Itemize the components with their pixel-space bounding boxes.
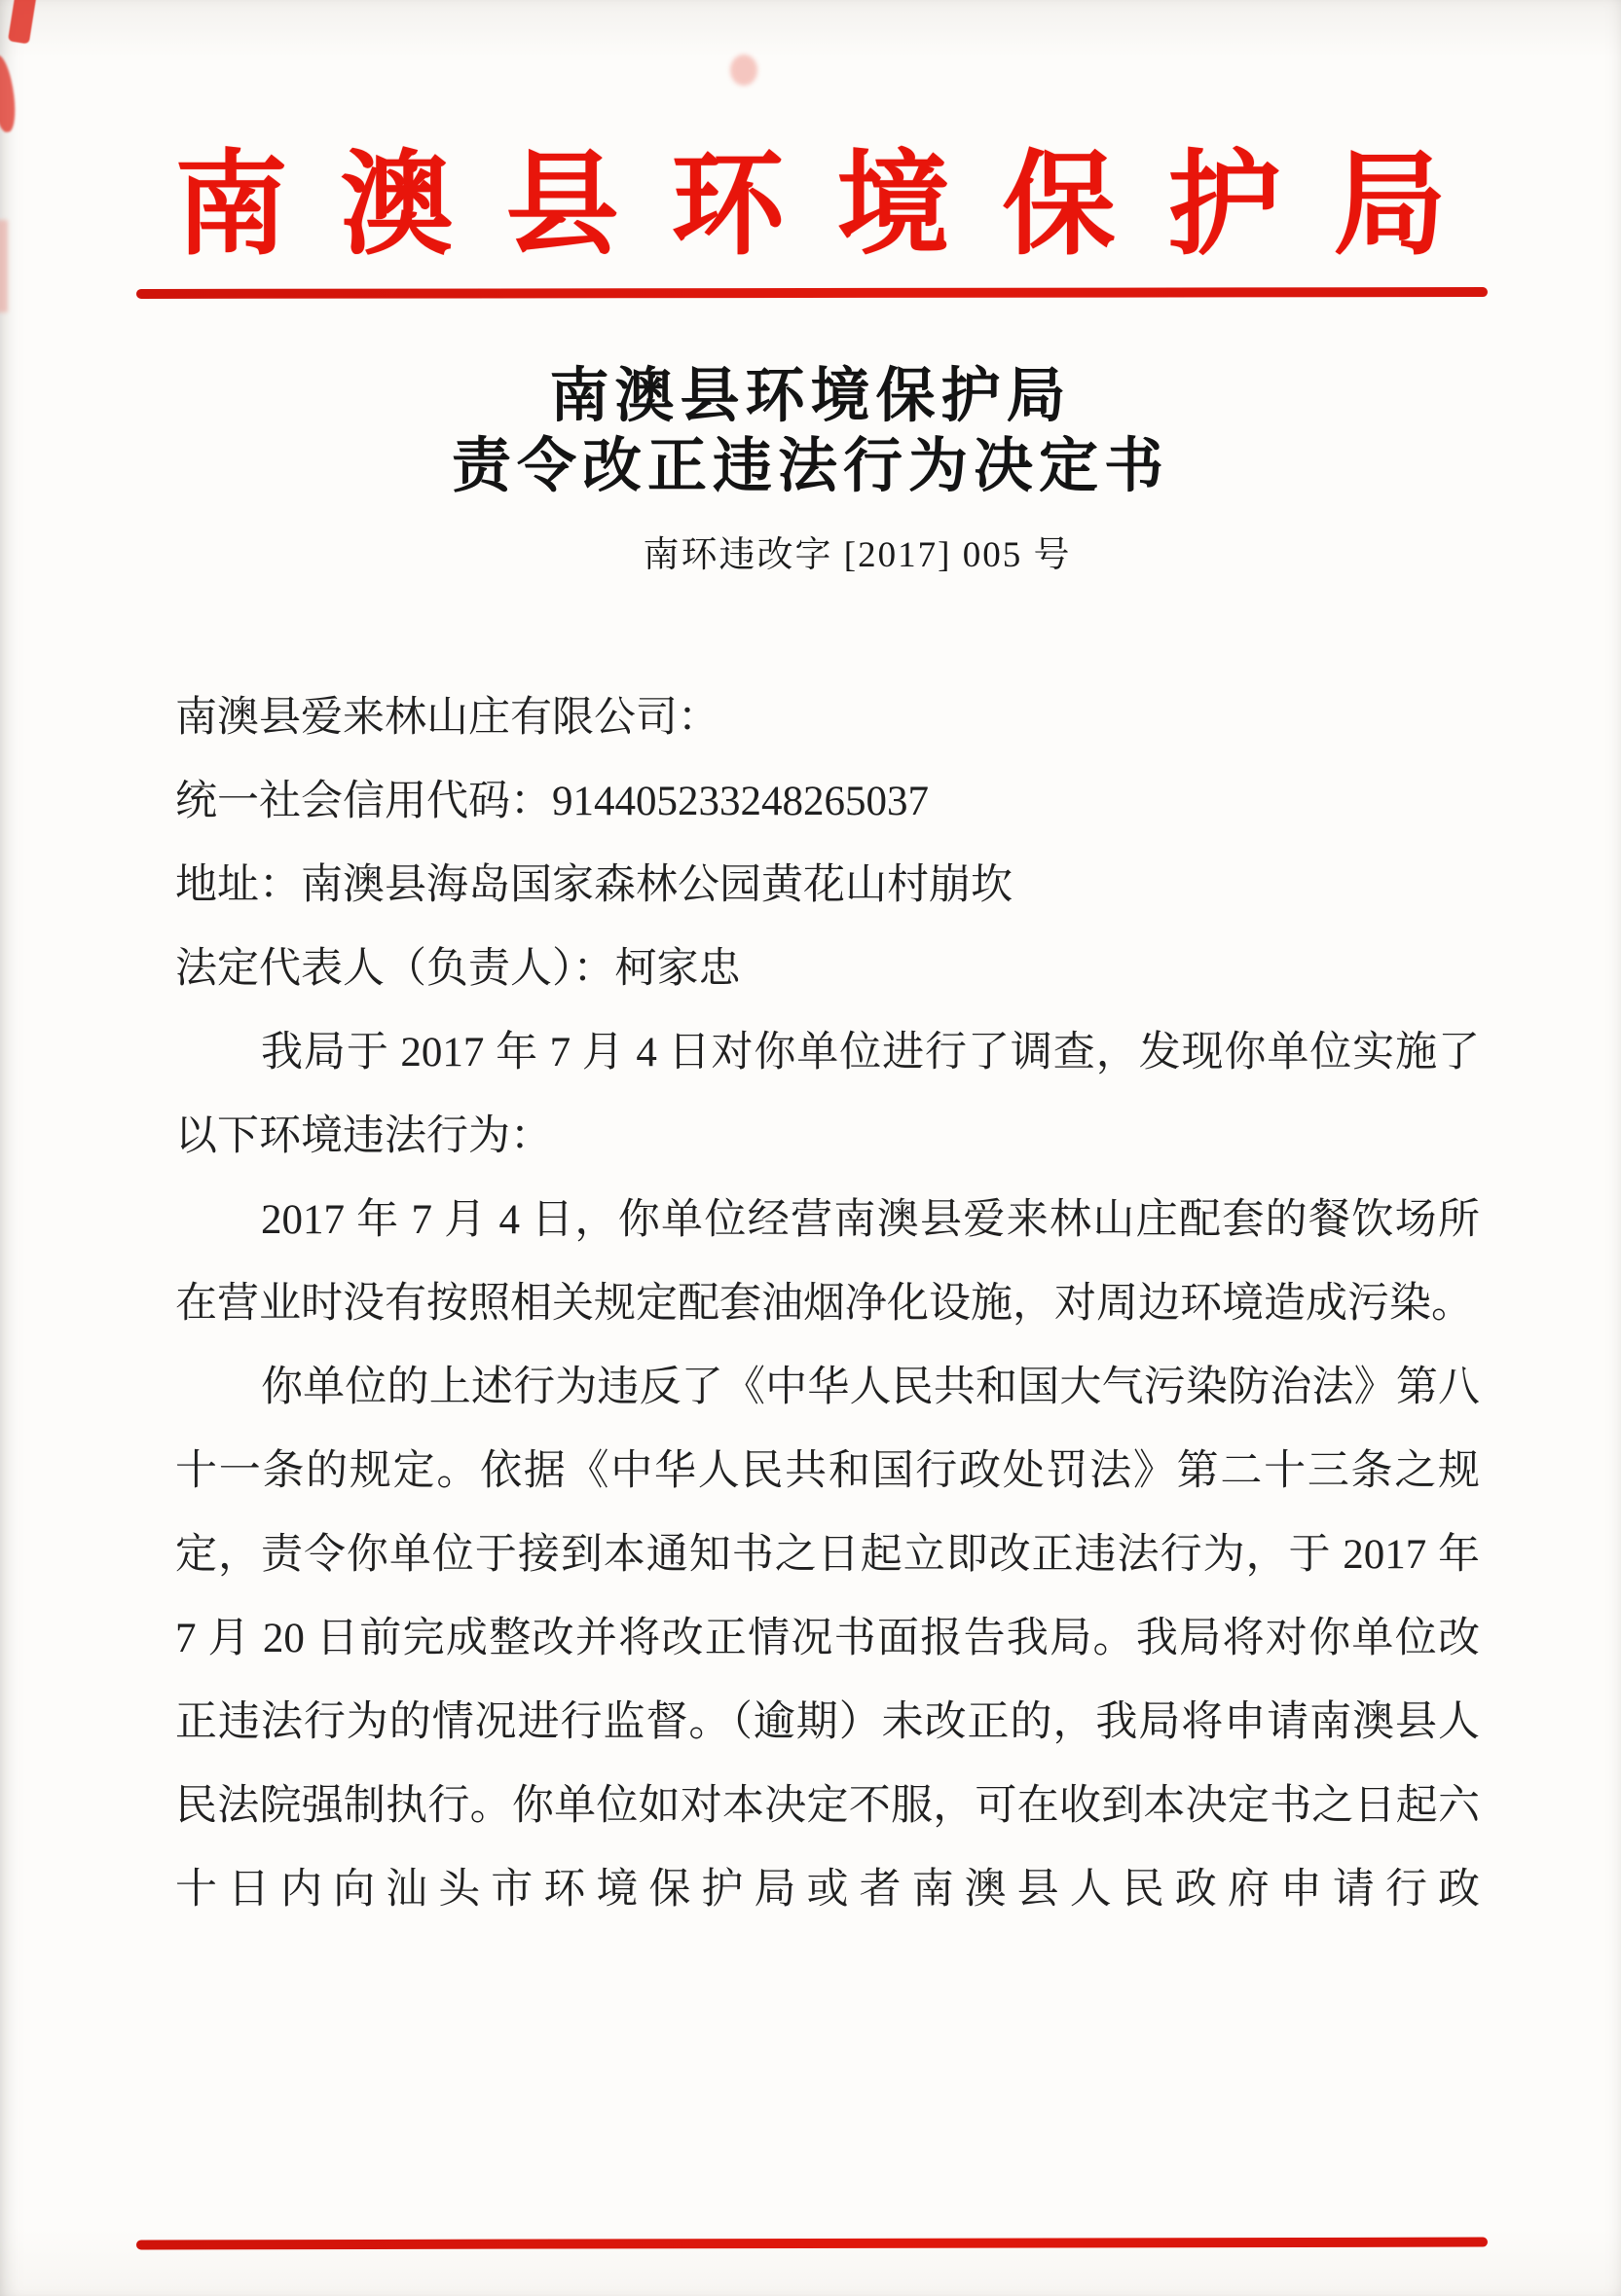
credit-code-line: 统一社会信用代码：914405233248265037 [175, 760, 1480, 844]
document-title-line1: 南澳县环境保护局 [0, 362, 1621, 432]
scanned-document-page: 南澳县环境保护局 南澳县环境保护局 责令改正违法行为决定书 南环违改字 [201… [0, 0, 1621, 2296]
document-body: 南澳县爱来林山庄有限公司： 统一社会信用代码：91440523324826503… [175, 676, 1480, 1932]
violation-facts-paragraph: 2017 年 7 月 4 日，你单位经营南澳县爱来林山庄配套的餐饮场所在营业时没… [175, 1179, 1480, 1346]
letterhead-agency-name: 南澳县环境保护局 [0, 138, 1621, 274]
legal-representative-line: 法定代表人（负责人）：柯家忠 [175, 928, 1480, 1011]
letterhead-divider-line [136, 287, 1488, 299]
document-title-block: 南澳县环境保护局 责令改正违法行为决定书 南环违改字 [2017] 005 号 [0, 362, 1621, 577]
scan-artifact [8, 0, 37, 44]
recipient-line: 南澳县爱来林山庄有限公司： [175, 676, 1480, 760]
address-line: 地址：南澳县海岛国家森林公园黄花山村崩坎 [175, 844, 1480, 928]
footer-divider-line [136, 2238, 1488, 2250]
scan-artifact [730, 55, 757, 86]
legal-basis-decision-paragraph: 你单位的上述行为违反了《中华人民共和国大气污染防治法》第八十一条的规定。依据《中… [175, 1346, 1480, 1932]
document-number: 南环违改字 [2017] 005 号 [0, 534, 1621, 577]
scan-artifact [0, 54, 18, 133]
document-title-line2: 责令改正违法行为决定书 [0, 432, 1621, 502]
investigation-paragraph: 我局于 2017 年 7 月 4 日对你单位进行了调查，发现你单位实施了以下环境… [175, 1011, 1480, 1179]
